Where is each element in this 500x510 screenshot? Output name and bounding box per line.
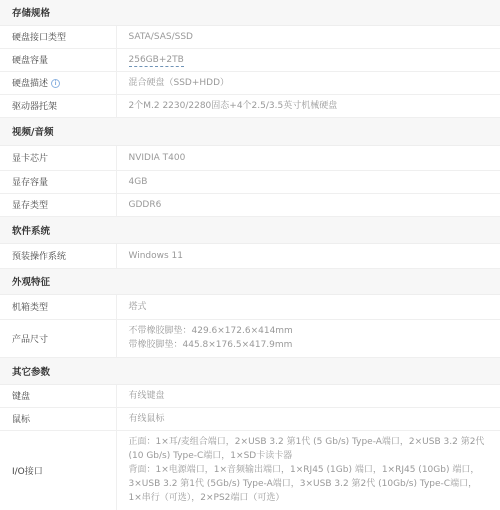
spec-label: 驱动器托架 [0,94,116,117]
section-header-other: 其它参数 [0,357,500,384]
spec-row-os: 预装操作系统 Windows 11 [0,243,500,268]
spec-label: 硬盘描述 [12,79,48,89]
section-title: 外观特征 [0,268,500,294]
spec-value-cell: 不带橡胶脚垫：429.6×172.6×414mm 带橡胶脚垫：445.8×176… [116,319,500,357]
spec-value-cell: 256GB+2TB [116,48,500,71]
spec-label: 显卡芯片 [0,145,116,170]
spec-row-vram-type: 显存类型 GDDR6 [0,193,500,216]
section-header-video-audio: 视频/音频 [0,117,500,145]
spec-value: 4GB [116,170,500,193]
spec-label: 硬盘接口类型 [0,25,116,48]
spec-row-disk-description: 硬盘描述i 混合硬盘（SSD+HDD） [0,71,500,94]
spec-row-vram-capacity: 显存容量 4GB [0,170,500,193]
spec-row-disk-interface: 硬盘接口类型 SATA/SAS/SSD [0,25,500,48]
capacity-link[interactable]: 256GB+2TB [129,55,184,67]
spec-label: 显存类型 [0,193,116,216]
spec-row-keyboard: 键盘 有线键盘 [0,384,500,407]
spec-row-drive-bays: 驱动器托架 2个M.2 2230/2280固态+4个2.5/3.5英寸机械硬盘 [0,94,500,117]
spec-value-cell: 正面：1×耳/麦组合端口，2×USB 3.2 第1代 (5 Gb/s) Type… [116,430,500,510]
spec-value: GDDR6 [116,193,500,216]
spec-label: 键盘 [0,384,116,407]
spec-value-line: 不带橡胶脚垫：429.6×172.6×414mm [129,324,489,338]
spec-value: SATA/SAS/SSD [116,25,500,48]
spec-row-chassis-type: 机箱类型 塔式 [0,294,500,319]
spec-row-gpu-chip: 显卡芯片 NVIDIA T400 [0,145,500,170]
spec-value: 塔式 [116,294,500,319]
section-header-appearance: 外观特征 [0,268,500,294]
spec-label-cell: 硬盘描述i [0,71,116,94]
spec-row-dimensions: 产品尺寸 不带橡胶脚垫：429.6×172.6×414mm 带橡胶脚垫：445.… [0,319,500,357]
spec-table: 存储规格 硬盘接口类型 SATA/SAS/SSD 硬盘容量 256GB+2TB … [0,0,500,510]
spec-label: 显存容量 [0,170,116,193]
spec-value: NVIDIA T400 [116,145,500,170]
section-title: 软件系统 [0,216,500,243]
section-title: 视频/音频 [0,117,500,145]
spec-label: 鼠标 [0,407,116,430]
spec-row-mouse: 鼠标 有线鼠标 [0,407,500,430]
spec-value: 有线鼠标 [116,407,500,430]
spec-value-line: 带橡胶脚垫：445.8×176.5×417.9mm [129,338,489,352]
section-header-storage: 存储规格 [0,0,500,25]
info-icon[interactable]: i [51,79,60,88]
spec-value: 有线键盘 [116,384,500,407]
spec-value: 2个M.2 2230/2280固态+4个2.5/3.5英寸机械硬盘 [116,94,500,117]
spec-row-disk-capacity: 硬盘容量 256GB+2TB [0,48,500,71]
section-header-software: 软件系统 [0,216,500,243]
spec-value-line: 正面：1×耳/麦组合端口，2×USB 3.2 第1代 (5 Gb/s) Type… [129,435,489,463]
section-title: 其它参数 [0,357,500,384]
section-title: 存储规格 [0,0,500,25]
spec-label: 硬盘容量 [0,48,116,71]
spec-value-line: 背面：1×电源端口，1×音频输出端口，1×RJ45 (1Gb) 端口，1×RJ4… [129,463,489,505]
spec-label: 产品尺寸 [0,319,116,357]
spec-row-io-ports: I/O接口 正面：1×耳/麦组合端口，2×USB 3.2 第1代 (5 Gb/s… [0,430,500,510]
spec-label: 机箱类型 [0,294,116,319]
spec-value: 混合硬盘（SSD+HDD） [116,71,500,94]
spec-label: I/O接口 [0,430,116,510]
spec-value: Windows 11 [116,243,500,268]
spec-label: 预装操作系统 [0,243,116,268]
